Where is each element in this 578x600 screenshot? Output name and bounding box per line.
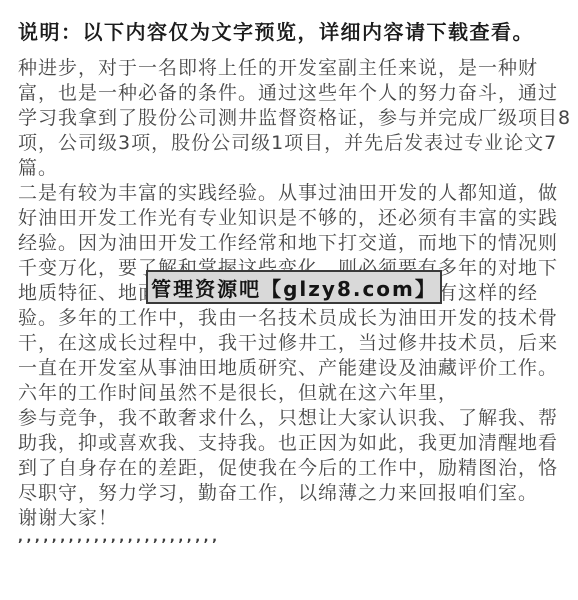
text-line: 干，在这成长过程中，我干过修井工，当过修井技术员，后来 — [18, 331, 570, 356]
text-line: 验。多年的工作中，我由一名技术员成长为油田开发的技术骨 — [18, 306, 570, 331]
text-line: 项，公司级3项，股份公司级1项目，并先后发表过专业论文7 — [18, 131, 570, 156]
preview-page: 说明：以下内容仅为文字预览，详细内容请下载查看。 种进步，对于一名即将上任的开发… — [0, 0, 578, 600]
text-line: 种进步，对于一名即将上任的开发室副主任来说，是一种财 — [18, 56, 570, 81]
text-line: 好油田开发工作光有专业知识是不够的，还必须有丰富的实践 — [18, 206, 570, 231]
text-line: 一直在开发室从事油田地质研究、产能建设及油藏评价工作。 — [18, 356, 570, 381]
text-line: 尽职守，努力学习，勤奋工作，以绵薄之力来回报咱们室。 — [18, 481, 570, 506]
ellipsis-line: ,,,,,,,,,,,,,,,,,,,,,,,, — [18, 531, 221, 544]
text-line: 到了自身存在的差距，促使我在今后的工作中，励精图治，恪 — [18, 456, 570, 481]
watermark-badge: 管理资源吧【glzy8.com】 — [146, 270, 442, 304]
text-line: 助我，抑或喜欢我、支持我。也正因为如此，我更加清醒地看 — [18, 431, 570, 456]
text-line: 六年的工作时间虽然不是很长，但就在这六年里， — [18, 381, 570, 406]
text-line: 参与竞争，我不敢奢求什么，只想让大家认识我、了解我、帮 — [18, 406, 570, 431]
preview-notice: 说明：以下内容仅为文字预览，详细内容请下载查看。 — [18, 16, 534, 45]
text-line: 谢谢大家！ — [18, 506, 570, 531]
text-line: 富，也是一种必备的条件。通过这些年个人的努力奋斗，通过 — [18, 81, 570, 106]
text-line: 学习我拿到了股份公司测井监督资格证，参与并完成厂级项目8 — [18, 106, 570, 131]
text-line: 二是有较为丰富的实践经验。从事过油田开发的人都知道，做 — [18, 181, 570, 206]
text-line: 经验。因为油田开发工作经常和地下打交道，而地下的情况则 — [18, 231, 570, 256]
text-line: 篇。 — [18, 156, 570, 181]
